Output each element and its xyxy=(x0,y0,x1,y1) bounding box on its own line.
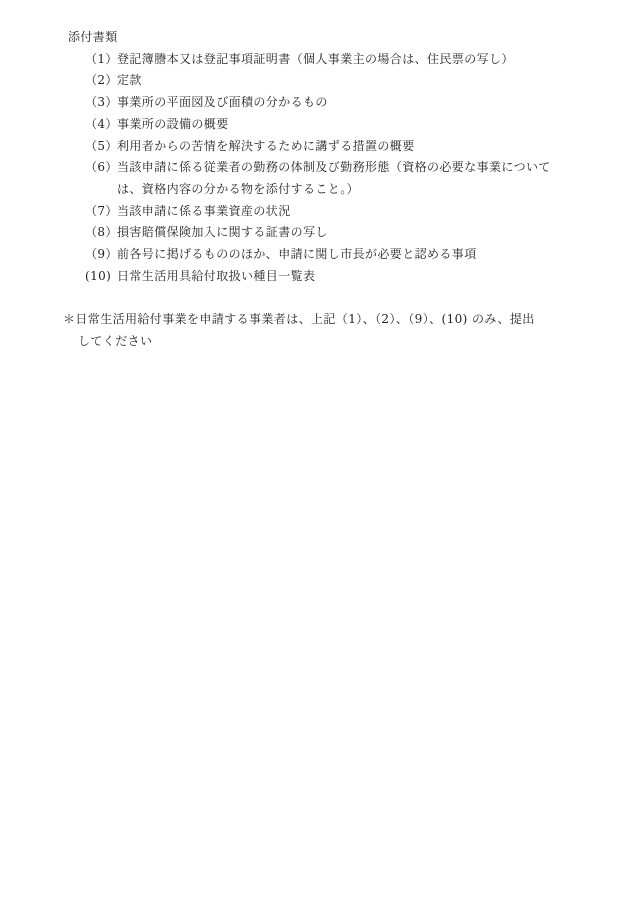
list-item: （4）事業所の設備の概要 xyxy=(85,114,630,136)
item-text: 事業所の設備の概要 xyxy=(117,117,229,131)
item-number: （7） xyxy=(85,201,117,223)
list-item: （1）登記簿謄本又は登記事項証明書（個人事業主の場合は、住民票の写し） xyxy=(85,49,630,71)
item-number: （4） xyxy=(85,114,117,136)
item-number: （3） xyxy=(85,92,117,114)
item-text: 損害賠償保険加入に関する証書の写し xyxy=(117,225,328,239)
item-text-continuation: は、資格内容の分かる物を添付すること。） xyxy=(117,179,630,201)
footnote-line1: ＊日常生活用給付事業を申請する事業者は、上記（1）、（2）、（9）、(10) の… xyxy=(63,309,630,331)
list-item: （6）当該申請に係る従業者の勤務の体制及び勤務形態（資格の必要な事業について は… xyxy=(85,157,630,200)
list-item: （7）当該申請に係る事業資産の状況 xyxy=(85,201,630,223)
item-number: （6） xyxy=(85,157,117,179)
list-item: （3）事業所の平面図及び面積の分かるもの xyxy=(85,92,630,114)
footnote: ＊日常生活用給付事業を申請する事業者は、上記（1）、（2）、（9）、(10) の… xyxy=(0,309,630,352)
item-text: 当該申請に係る事業資産の状況 xyxy=(117,204,291,218)
document-title: 添付書類 xyxy=(68,27,630,49)
item-number: （9） xyxy=(85,244,117,266)
item-text: 日常生活用具給付取扱い種目一覧表 xyxy=(117,269,315,283)
attachment-list: （1）登記簿謄本又は登記事項証明書（個人事業主の場合は、住民票の写し） （2）定… xyxy=(0,49,630,288)
item-number: （1） xyxy=(85,49,117,71)
list-item: （5）利用者からの苦情を解決するために講ずる措置の概要 xyxy=(85,136,630,158)
document-page: 添付書類 （1）登記簿謄本又は登記事項証明書（個人事業主の場合は、住民票の写し）… xyxy=(0,0,630,903)
list-item: （9）前各号に掲げるもののほか、申請に関し市長が必要と認める事項 xyxy=(85,244,630,266)
item-number: （5） xyxy=(85,136,117,158)
list-item: (10)日常生活用具給付取扱い種目一覧表 xyxy=(85,266,630,288)
document-body: 添付書類 （1）登記簿謄本又は登記事項証明書（個人事業主の場合は、住民票の写し）… xyxy=(0,27,630,353)
item-text: 事業所の平面図及び面積の分かるもの xyxy=(117,95,328,109)
list-item: （2）定款 xyxy=(85,70,630,92)
item-number: （8） xyxy=(85,222,117,244)
list-item: （8）損害賠償保険加入に関する証書の写し xyxy=(85,222,630,244)
item-text: 当該申請に係る従業者の勤務の体制及び勤務形態（資格の必要な事業について xyxy=(117,160,551,174)
footnote-line2: してください xyxy=(78,331,630,353)
item-number: (10) xyxy=(85,266,117,288)
item-text: 登記簿謄本又は登記事項証明書（個人事業主の場合は、住民票の写し） xyxy=(117,52,514,66)
item-text: 前各号に掲げるもののほか、申請に関し市長が必要と認める事項 xyxy=(117,247,477,261)
item-text: 定款 xyxy=(117,73,142,87)
item-text: 利用者からの苦情を解決するために講ずる措置の概要 xyxy=(117,139,415,153)
item-number: （2） xyxy=(85,70,117,92)
